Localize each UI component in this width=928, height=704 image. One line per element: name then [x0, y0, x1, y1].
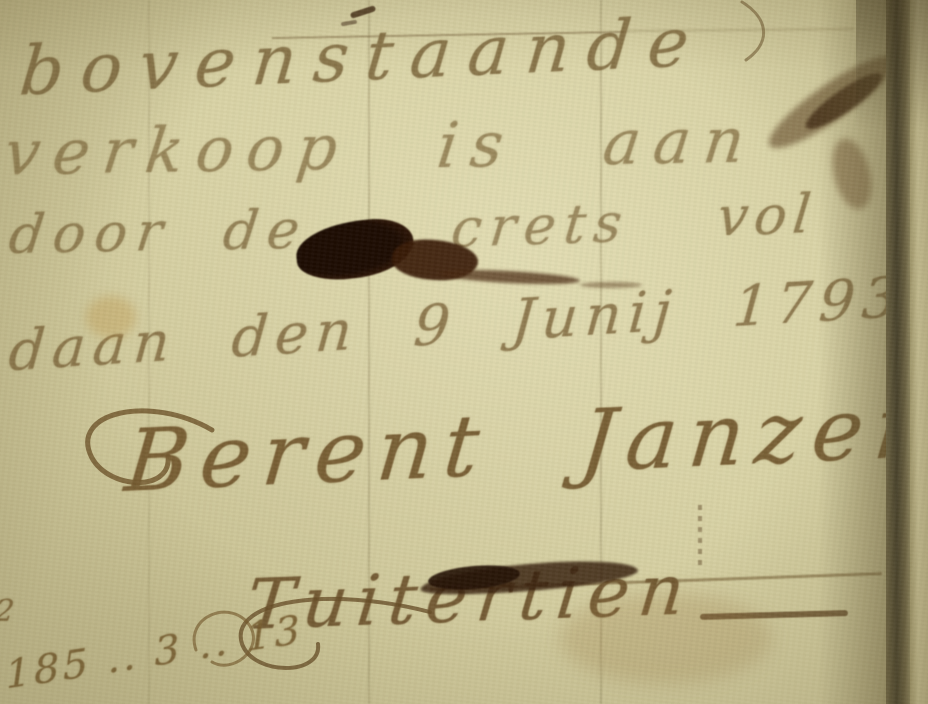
paper-stain	[560, 592, 772, 684]
handwriting-line-3-after-blot: crets	[448, 191, 633, 260]
handwriting-line-3-before-blot: door de	[6, 197, 313, 265]
ink-showthrough-marks	[698, 505, 702, 567]
handwriting-line-3-end: vol	[714, 182, 819, 248]
paper-stain	[86, 296, 136, 338]
manuscript-photo: bovenstaande verkoop is aan door de cret…	[0, 0, 928, 704]
page-edge-shadow	[856, 0, 928, 130]
handwriting-line-2: verkoop is aan	[1, 103, 762, 189]
ink-blot-trail	[580, 282, 642, 288]
